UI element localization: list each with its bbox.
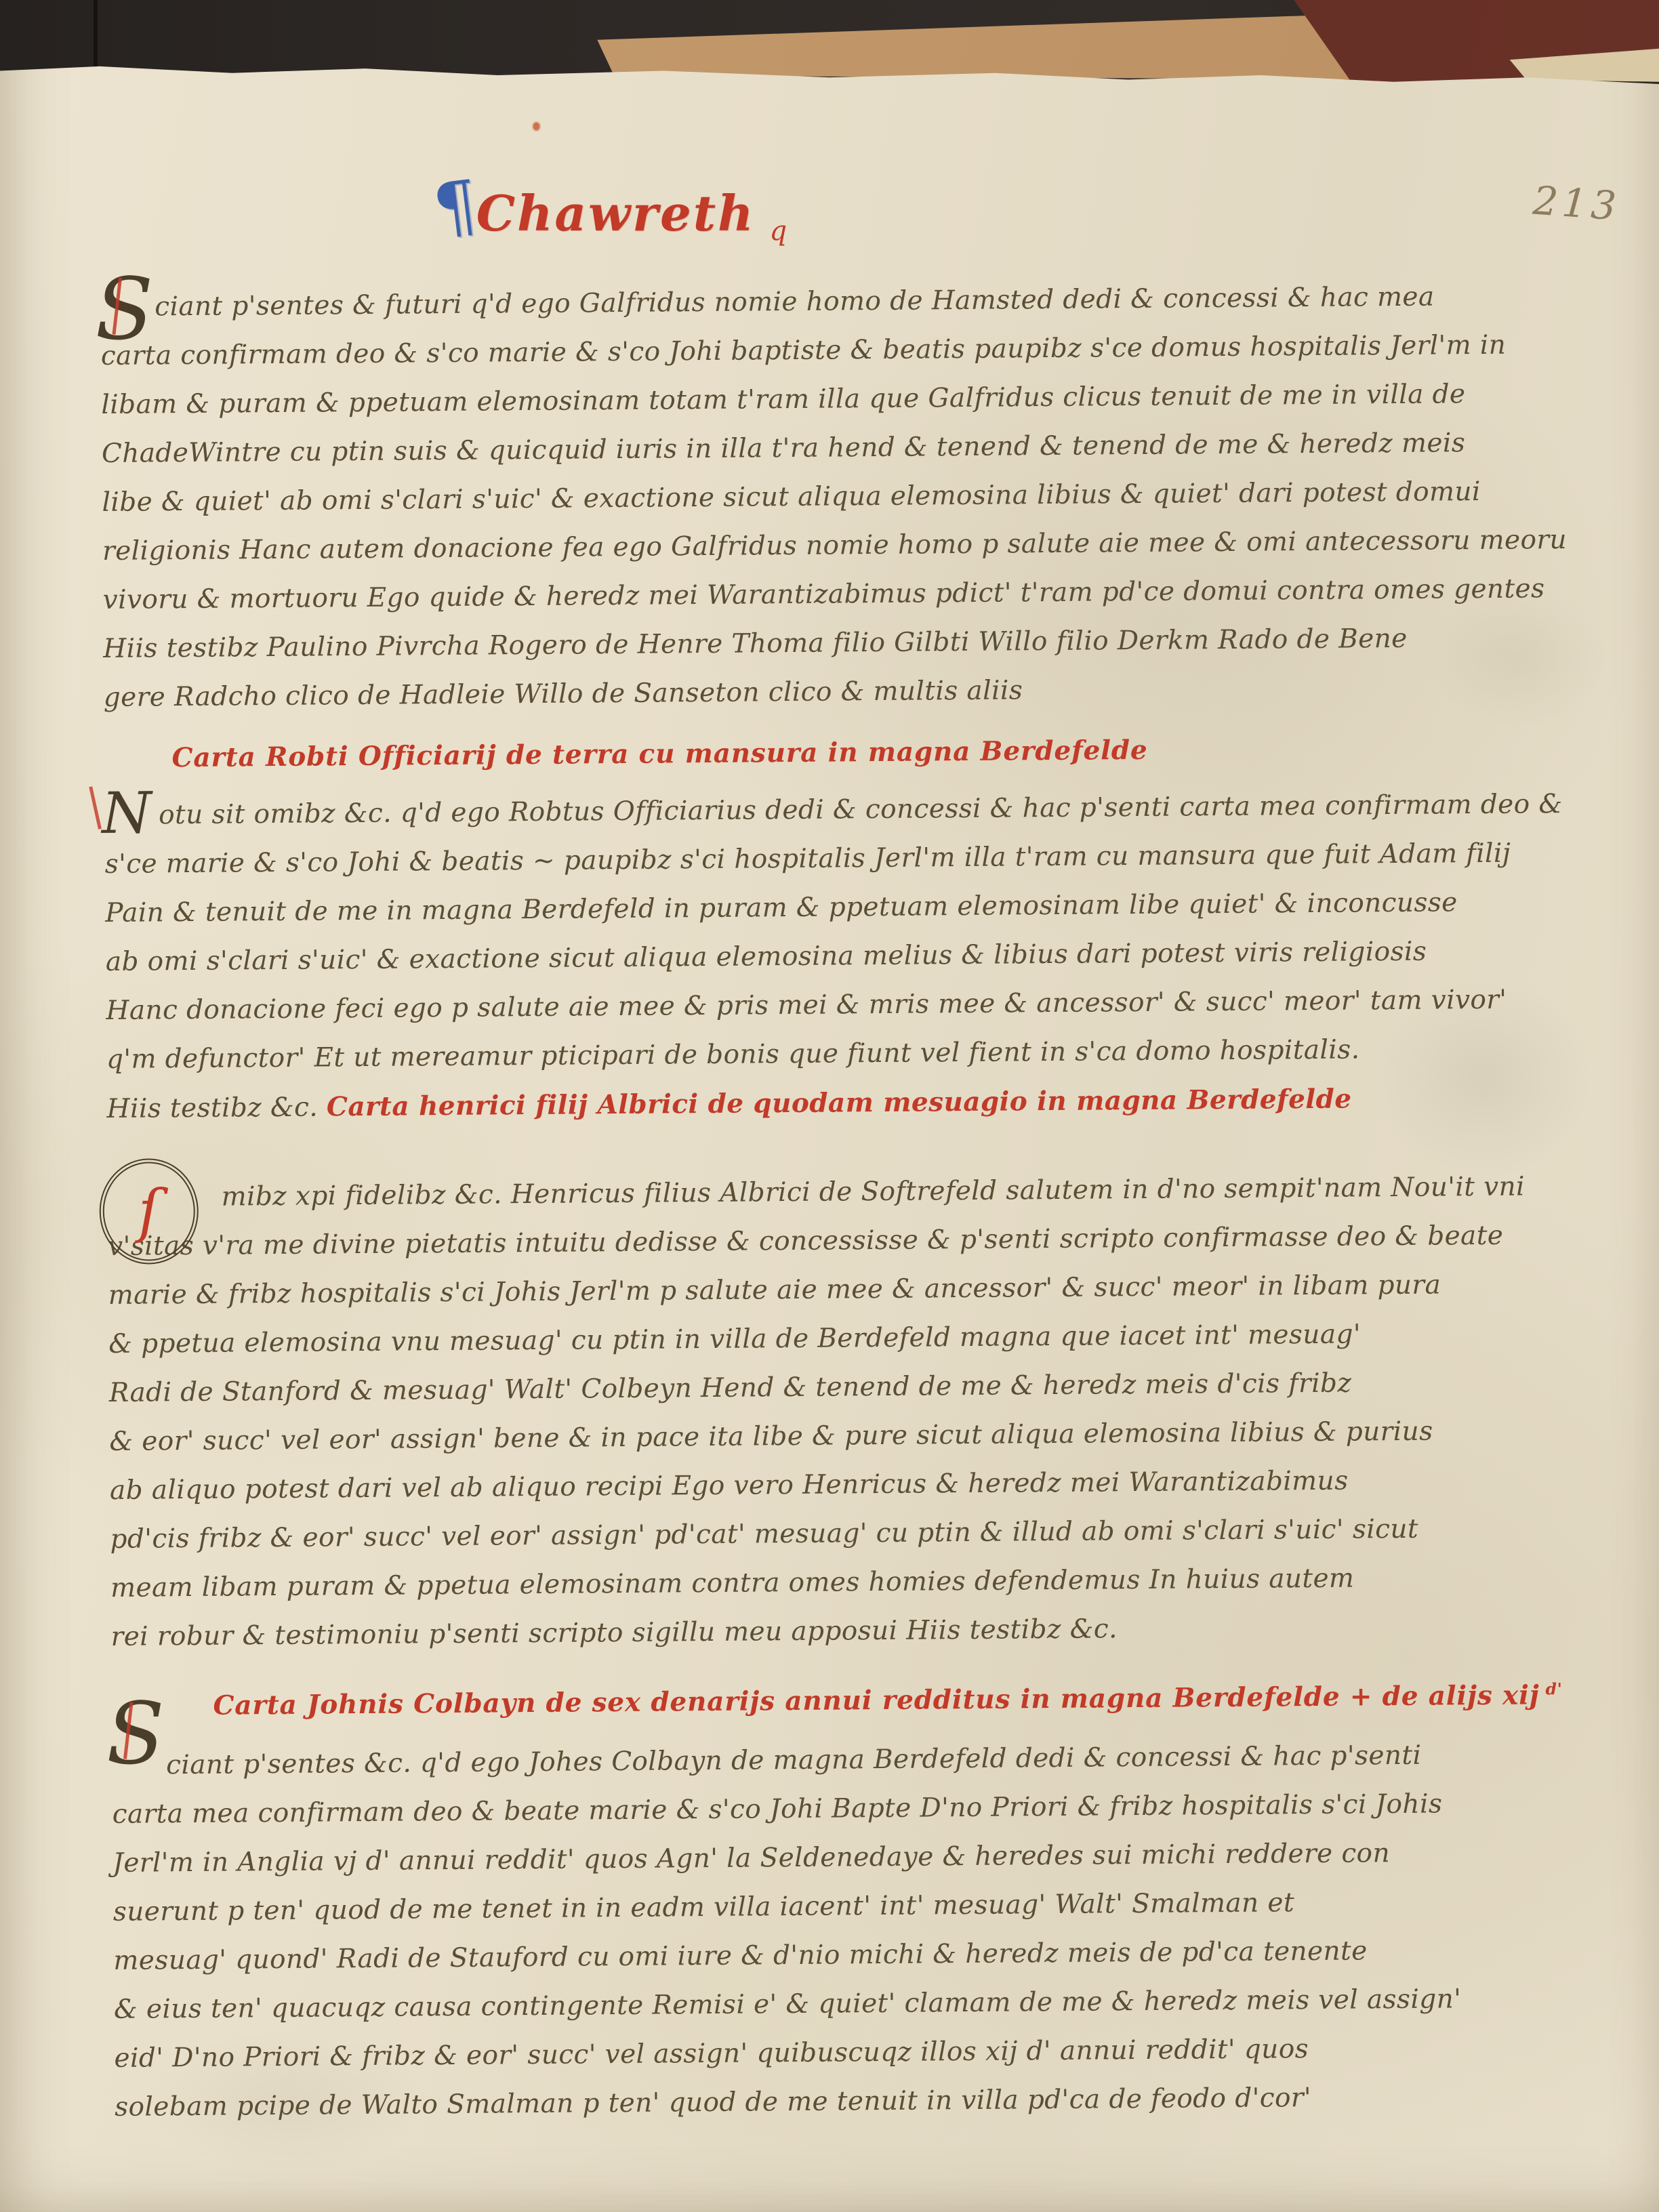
chapter-title: Chawreth — [476, 184, 756, 242]
charter-text: & eor' succ' vel eor' assign' bene & in … — [109, 1416, 1433, 1457]
charter-text: Hiis testibz &c. — [106, 1092, 327, 1124]
charter-text: & ppetua elemosina vnu mesuag' cu ptin i… — [108, 1319, 1361, 1359]
charter-text: ciant p'sentes & futuri q'd ego Galfridu… — [155, 282, 1435, 323]
initial-flourish: ſ — [138, 1182, 160, 1240]
charter-text: carta confirmam deo & s'co marie & s'co … — [101, 330, 1507, 371]
paraph-icon: ¶ — [430, 171, 480, 243]
charter-text: marie & fribz hospitalis s'ci Johis Jerl… — [108, 1270, 1441, 1311]
charter-text: meam libam puram & ppetua elemosinam con… — [110, 1563, 1355, 1603]
charter-text: v'sitas v'ra me divine pietatis intuitu … — [108, 1221, 1503, 1262]
charter-text: mibz xpi fidelibz &c. Henricus filius Al… — [221, 1172, 1525, 1212]
backing-slit — [94, 0, 98, 68]
charter-text: rei robur & testimoniu p'senti scripto s… — [111, 1614, 1118, 1652]
charter-text: ab omi s'clari s'uic' & exactione sicut … — [106, 937, 1427, 977]
charter-text: vivoru & mortuoru Ego quide & heredz mei… — [102, 573, 1544, 615]
charter-text: & eius ten' quacuqz causa contingente Re… — [114, 1984, 1462, 2025]
chapter-heading: ¶ Chawreth q — [434, 173, 787, 247]
charter-text: ciant p'sentes &c. q'd ego Johes Colbayn… — [166, 1740, 1422, 1781]
charter-text: q'm defunctor' Et ut mereamur pticipari … — [106, 1034, 1360, 1075]
charter-text: gere Radcho clico de Hadleie Willo de Sa… — [104, 675, 1023, 713]
charter-text: religionis Hanc autem donacione fea ego … — [102, 525, 1567, 567]
charter-paragraph: Notu sit omibz &c. q'd ego Robtus Offici… — [104, 781, 1469, 1133]
paragraph-initial: S — [106, 1691, 165, 1777]
charter-paragraph: Sciant p'sentes &c. q'd ego Johes Colbay… — [112, 1731, 1477, 2132]
charter-text: otu sit omibz &c. q'd ego Robtus Officia… — [159, 789, 1563, 830]
charter-text: solebam pcipe de Walto Smalman p ten' qu… — [115, 2083, 1311, 2123]
rubric-text: Carta Robti Officiarij de terra cu mansu… — [171, 735, 1147, 773]
red-ink-speck — [533, 122, 540, 131]
charter-text: Jerl'm in Anglia vj d' annui reddit' quo… — [112, 1838, 1390, 1879]
text-area: Sciant p'sentes & futuri q'd ego Galfrid… — [100, 272, 1477, 2132]
paragraph-initial: N — [102, 784, 152, 842]
text-line: Hiis testibz &c. Carta henrici filij Alb… — [106, 1073, 1469, 1133]
text-line: Carta Johnis Colbayn de sex denarijs ann… — [213, 1666, 1473, 1723]
charter-text: suerunt p ten' quod de me tenet in in ea… — [113, 1887, 1294, 1927]
paragraph-initial: ſ — [99, 1158, 199, 1265]
text-line: rei robur & testimoniu p'senti scripto s… — [110, 1602, 1473, 1662]
charter-text: mesuag' quond' Radi de Stauford cu omi i… — [113, 1935, 1368, 1976]
paragraph-initial: S — [95, 266, 154, 352]
text-line: gere Radcho clico de Hadleie Willo de Sa… — [104, 663, 1467, 722]
charter-text: Hanc donacione feci ego p salute aie mee… — [106, 985, 1507, 1026]
rubric-line: Carta Robti Officiarij de terra cu mansu… — [171, 724, 1466, 781]
charter-text: Pain & tenuit de me in magna Berdefeld i… — [105, 887, 1458, 928]
charter-text: ChadeWintre cu ptin suis & quicquid iuri… — [102, 428, 1466, 469]
charter-text: carta mea confirmam deo & beate marie & … — [112, 1789, 1443, 1830]
text-line: solebam pcipe de Walto Smalman p ten' qu… — [115, 2072, 1477, 2132]
charter-paragraph: Sciant p'sentes & futuri q'd ego Galfrid… — [100, 272, 1466, 722]
charter-text: pd'cis fribz & eor' succ' vel eor' assig… — [110, 1514, 1418, 1555]
charter-text: Hiis testibz Paulino Pivrcha Rogero de H… — [103, 623, 1408, 664]
rubric-text: d' — [1539, 1679, 1562, 1698]
charter-paragraph: ſmibz xpi fidelibz &c. Henricus filius A… — [107, 1163, 1473, 1662]
charter-text: ab aliquo potest dari vel ab aliquo reci… — [110, 1466, 1349, 1506]
charter-text: Radi de Stanford & mesuag' Walt' Colbeyn… — [109, 1368, 1352, 1408]
charter-text: libe & quiet' ab omi s'clari s'uic' & ex… — [102, 476, 1481, 518]
folio-number: 213 — [1532, 178, 1622, 230]
charter-text: eid' D'no Priori & fribz & eor' succ' ve… — [114, 2034, 1309, 2074]
rubric-line: Carta Johnis Colbayn de sex denarijs ann… — [213, 1666, 1473, 1723]
parchment-page: 213 ¶ Chawreth q Sciant p'sentes & futur… — [0, 0, 1659, 2212]
charter-text: libam & puram & ppetuam elemosinam totam… — [101, 379, 1465, 420]
text-line: Carta Robti Officiarij de terra cu mansu… — [171, 724, 1466, 781]
rubric-text: Carta henrici filij Albrici de quodam me… — [327, 1084, 1352, 1123]
rubric-text: Carta Johnis Colbayn de sex denarijs ann… — [213, 1679, 1540, 1721]
charter-text: s'ce marie & s'co Johi & beatis ~ paupib… — [105, 838, 1511, 880]
heading-flourish: q — [769, 216, 787, 247]
